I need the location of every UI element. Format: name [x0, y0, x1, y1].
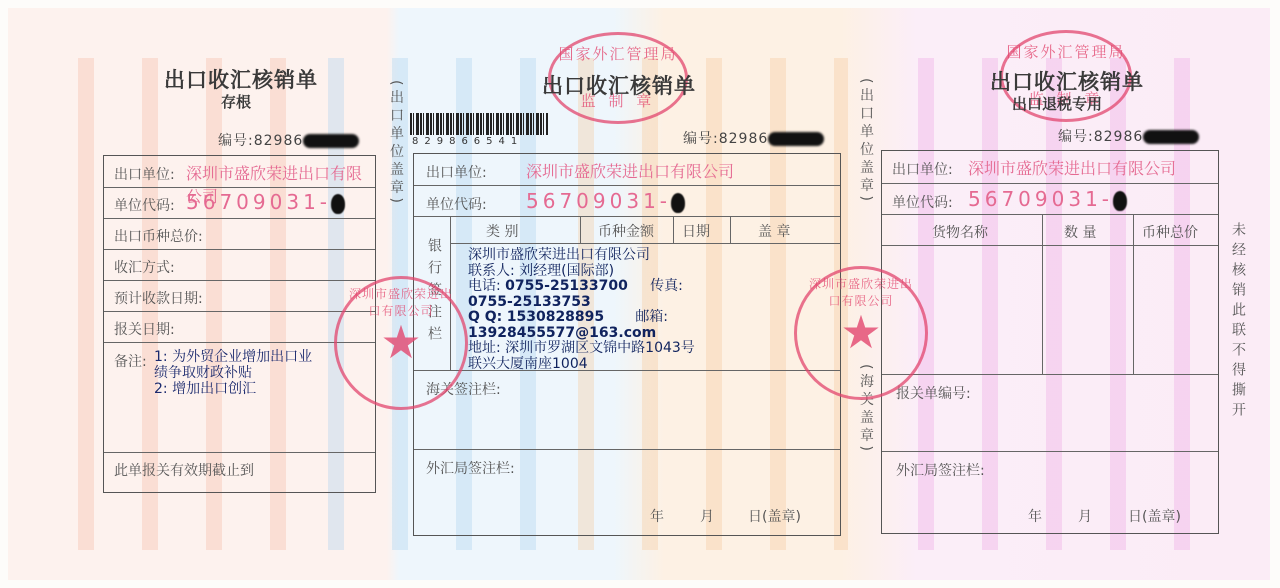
tax-table: 出口单位: 深圳市盛欣荣进出口有限公司 单位代码: 56709031- 货物名称…	[881, 150, 1219, 534]
code-label: 单位代码:	[892, 192, 953, 212]
contact-address: 深圳市罗湖区文锦中路1043号	[505, 340, 695, 356]
expected-date-label: 预计收款日期:	[114, 288, 203, 308]
contact-fax: 0755-25133753	[468, 295, 695, 311]
code-label: 单位代码:	[114, 195, 175, 215]
remarks-text: 1: 为外贸企业增加出口业 绩争取财政补贴 2: 增加出口创汇	[154, 349, 312, 397]
tax-title: 出口收汇核销单	[990, 66, 1144, 96]
forex-label: 外汇局签注栏:	[896, 460, 985, 480]
company-seal-right: 深圳市盛欣荣进出口有限公司 ★	[794, 266, 928, 400]
exporter-value: 深圳市盛欣荣进出口有限公司	[968, 156, 1176, 179]
exporter-label: 出口单位:	[114, 164, 175, 184]
stub-subtitle: 存根	[221, 91, 251, 112]
serial-label: 编号:	[218, 133, 254, 149]
barcode-number: 829866541	[412, 136, 523, 147]
declaration-no-label: 报关单编号:	[896, 383, 971, 403]
edge-warning-note: 未经核销此联不得撕开	[1228, 222, 1248, 422]
column-currency-total: 币种总价	[1142, 222, 1198, 242]
date-year: 年	[650, 506, 664, 526]
main-serial: 编号:82986	[683, 128, 824, 148]
contact-person: 联系人: 刘经理(国际部)	[468, 264, 695, 280]
barcode	[410, 113, 548, 135]
column-amount: 币种金额	[598, 221, 654, 241]
contact-email: 13928455577@163.com	[468, 326, 695, 342]
currency-total-label: 出口币种总价:	[114, 226, 203, 246]
main-table: 出口单位: 深圳市盛欣荣进出口有限公司 单位代码: 56709031- 银行签注…	[413, 153, 841, 536]
main-title: 出口收汇核销单	[542, 70, 696, 100]
declaration-date-label: 报关日期:	[114, 319, 175, 339]
date-month: 月	[1078, 506, 1092, 526]
redaction-mark	[671, 193, 685, 213]
exporter-label: 出口单位:	[426, 162, 487, 182]
contact-qq: 1530828895	[507, 309, 604, 325]
bank-header: 类 别 币种金额 日期 盖 章	[450, 216, 840, 244]
code-value: 56709031-	[186, 190, 345, 214]
date-day-seal: 日(盖章)	[1128, 506, 1181, 526]
tax-side-label-top: (出口单位盖章)	[856, 78, 876, 205]
validity-label: 此单报关有效期截止到	[114, 460, 254, 480]
redaction-mark	[1113, 191, 1127, 211]
column-goods-name: 货物名称	[932, 222, 988, 242]
company-seal-left: 深圳市盛欣荣进出口有限公司 ★	[334, 276, 468, 410]
stub-side-label: (出口单位盖章)	[386, 80, 406, 207]
code-label: 单位代码:	[426, 194, 487, 214]
forex-label: 外汇局签注栏:	[426, 458, 515, 478]
stub-table: 出口单位: 深圳市盛欣荣进出口有限公司 单位代码: 56709031- 出口币种…	[103, 155, 376, 493]
code-value: 56709031-	[968, 187, 1127, 211]
exporter-value: 深圳市盛欣荣进出口有限公司	[526, 159, 734, 182]
date-year: 年	[1028, 506, 1042, 526]
serial-value: 82986	[254, 133, 304, 149]
date-day-seal: 日(盖章)	[748, 506, 801, 526]
tax-serial: 编号:82986	[1058, 126, 1199, 146]
remarks-label: 备注:	[114, 351, 147, 371]
tax-subtitle: 出口退税专用	[1012, 93, 1102, 114]
column-date: 日期	[682, 221, 710, 241]
redaction-mark	[1143, 130, 1199, 144]
column-quantity: 数 量	[1064, 222, 1096, 242]
redaction-mark	[303, 134, 359, 148]
date-month: 月	[700, 506, 714, 526]
contact-info: 深圳市盛欣荣进出口有限公司 联系人: 刘经理(国际部) 电话: 0755-251…	[468, 248, 695, 372]
collection-method-label: 收汇方式:	[114, 257, 175, 277]
contact-phone: 0755-25133700	[505, 278, 628, 294]
exporter-label: 出口单位:	[892, 159, 953, 179]
code-value: 56709031-	[526, 189, 685, 213]
column-seal: 盖 章	[758, 221, 790, 241]
redaction-mark	[768, 132, 824, 146]
column-category: 类 别	[486, 221, 518, 241]
redaction-mark	[331, 194, 345, 214]
stub-title: 出口收汇核销单	[164, 64, 318, 94]
contact-company: 深圳市盛欣荣进出口有限公司	[468, 248, 695, 264]
stub-serial: 编号:82986	[218, 130, 359, 150]
